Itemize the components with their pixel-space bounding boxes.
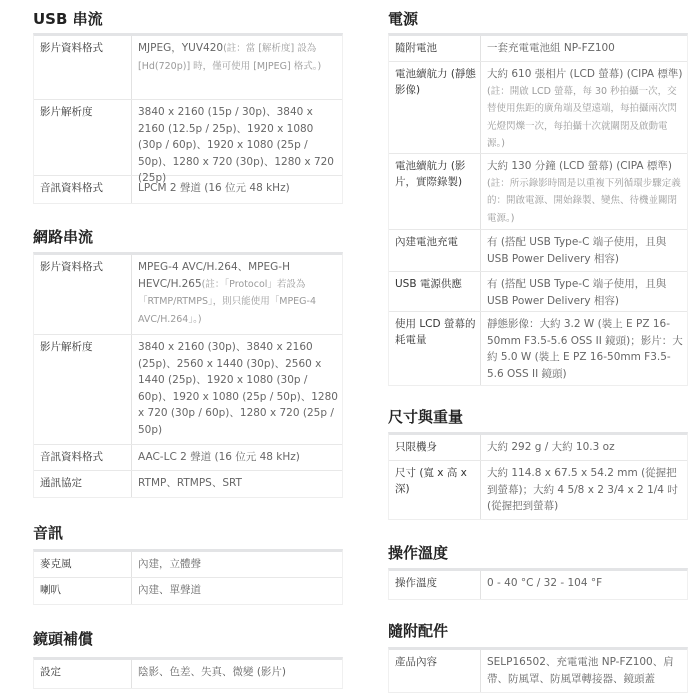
spec-value: AAC-LC 2 聲道 (16 位元 48 kHz) [132,445,342,470]
spec-label: USB 電源供應 [389,272,481,311]
spec-label: 音訊資料格式 [34,445,132,470]
note-text: (註：所示錄影時間是以重複下列循環步驟定義的：開啟電源、開始錄製、變焦、待機並關… [487,178,681,224]
spec-label: 操作溫度 [389,571,481,599]
spec-label: 產品內容 [389,650,481,692]
spec-label: 尺寸 (寬 x 高 x 深) [389,461,481,519]
spec-table-audio: 麥克風 內建，立體聲 喇叭 內建、單聲道 [33,549,343,605]
spec-value: 有 (搭配 USB Type-C 端子使用，且與 USB Power Deliv… [481,230,687,271]
spec-table-usb-streaming: 影片資料格式 MJPEG，YUV420(註：當 [解析度] 設為 [Hd(720… [33,33,343,204]
spec-table-dimensions-weight: 只限機身 大約 292 g / 大約 10.3 oz 尺寸 (寬 x 高 x 深… [388,432,688,520]
table-row: 操作溫度 0 - 40 °C / 32 - 104 °F [389,571,687,599]
spec-label: 影片解析度 [34,100,132,175]
value-text: MJPEG，YUV420 [138,42,223,54]
note-text: (註：開啟 LCD 螢幕，每 30 秒拍攝一次，交替使用焦距的廣角端及望遠端，每… [487,86,677,150]
spec-label: 影片解析度 [34,335,132,444]
spec-table-included-accessories: 產品內容 SELP16502、充電電池 NP-FZ100、肩帶、防風罩、防風罩轉… [388,647,688,693]
section-title-power: 電源 [388,8,418,29]
spec-value: 一套充電電池組 NP-FZ100 [481,36,687,61]
spec-label: 電池續航力 (影片，實際錄製) [389,154,481,229]
table-row: 產品內容 SELP16502、充電電池 NP-FZ100、肩帶、防風罩、防風罩轉… [389,650,687,692]
spec-label: 只限機身 [389,435,481,460]
table-row: 設定 陰影、色差、失真、微變 (影片) [34,660,342,688]
table-row: 通訊協定 RTMP、RTMPS、SRT [34,471,342,497]
table-row: 尺寸 (寬 x 高 x 深) 大約 114.8 x 67.5 x 54.2 mm… [389,461,687,519]
table-row: 影片解析度 3840 x 2160 (15p / 30p)、3840 x 216… [34,100,342,176]
spec-label: 內建電池充電 [389,230,481,271]
table-row: 內建電池充電 有 (搭配 USB Type-C 端子使用，且與 USB Powe… [389,230,687,272]
table-row: 使用 LCD 螢幕的耗電量 靜態影像：大約 3.2 W (裝上 E PZ 16-… [389,312,687,385]
spec-value: 大約 610 張相片 (LCD 螢幕) (CIPA 標準)(註：開啟 LCD 螢… [481,62,687,153]
spec-label: 電池續航力 (靜態影像) [389,62,481,153]
table-row: 電池續航力 (影片，實際錄製) 大約 130 分鐘 (LCD 螢幕) (CIPA… [389,154,687,230]
table-row: 音訊資料格式 AAC-LC 2 聲道 (16 位元 48 kHz) [34,445,342,471]
spec-label: 喇叭 [34,578,132,604]
spec-table-network-streaming: 影片資料格式 MPEG-4 AVC/H.264、MPEG-H HEVC/H.26… [33,252,343,498]
table-row: 影片解析度 3840 x 2160 (30p)、3840 x 2160 (25p… [34,335,342,445]
table-row: 只限機身 大約 292 g / 大約 10.3 oz [389,435,687,461]
spec-value: SELP16502、充電電池 NP-FZ100、肩帶、防風罩、防風罩轉接器、鏡頭… [481,650,687,692]
table-row: 喇叭 內建、單聲道 [34,578,342,604]
spec-value: MPEG-4 AVC/H.264、MPEG-H HEVC/H.265(註：「Pr… [132,255,342,334]
spec-value: 陰影、色差、失真、微變 (影片) [132,660,342,688]
spec-value: 3840 x 2160 (30p)、3840 x 2160 (25p)、2560… [132,335,342,444]
spec-label: 設定 [34,660,132,688]
spec-label: 影片資料格式 [34,255,132,334]
spec-value: 靜態影像：大約 3.2 W (裝上 E PZ 16-50mm F3.5-5.6 … [481,312,687,385]
spec-value: RTMP、RTMPS、SRT [132,471,342,497]
spec-value: 0 - 40 °C / 32 - 104 °F [481,571,687,599]
spec-value: 內建、單聲道 [132,578,342,604]
section-title-included-accessories: 隨附配件 [388,620,448,641]
table-row: 電池續航力 (靜態影像) 大約 610 張相片 (LCD 螢幕) (CIPA 標… [389,62,687,154]
section-title-dimensions-weight: 尺寸與重量 [388,406,463,427]
section-title-usb-streaming: USB 串流 [33,8,103,29]
section-title-audio: 音訊 [33,522,63,543]
value-text: 大約 610 張相片 (LCD 螢幕) (CIPA 標準) [487,68,683,80]
spec-value: 大約 292 g / 大約 10.3 oz [481,435,687,460]
table-row: 音訊資料格式 LPCM 2 聲道 (16 位元 48 kHz) [34,176,342,203]
value-text: 大約 130 分鐘 (LCD 螢幕) (CIPA 標準) [487,160,672,172]
spec-label: 使用 LCD 螢幕的耗電量 [389,312,481,385]
spec-value: 大約 114.8 x 67.5 x 54.2 mm (從握把到螢幕)；大約 4 … [481,461,687,519]
spec-label: 影片資料格式 [34,36,132,99]
section-title-operating-temperature: 操作溫度 [388,542,448,563]
spec-value: 大約 130 分鐘 (LCD 螢幕) (CIPA 標準)(註：所示錄影時間是以重… [481,154,687,229]
spec-value: MJPEG，YUV420(註：當 [解析度] 設為 [Hd(720p)] 時，僅… [132,36,342,99]
spec-table-lens-compensation: 設定 陰影、色差、失真、微變 (影片) [33,657,343,689]
table-row: 影片資料格式 MPEG-4 AVC/H.264、MPEG-H HEVC/H.26… [34,255,342,335]
section-title-lens-compensation: 鏡頭補償 [33,628,93,649]
spec-value: LPCM 2 聲道 (16 位元 48 kHz) [132,176,342,203]
spec-label: 音訊資料格式 [34,176,132,203]
spec-value: 有 (搭配 USB Type-C 端子使用，且與 USB Power Deliv… [481,272,687,311]
section-title-network-streaming: 網路串流 [33,226,93,247]
table-row: USB 電源供應 有 (搭配 USB Type-C 端子使用，且與 USB Po… [389,272,687,312]
spec-table-power: 隨附電池 一套充電電池組 NP-FZ100 電池續航力 (靜態影像) 大約 61… [388,33,688,386]
table-row: 隨附電池 一套充電電池組 NP-FZ100 [389,36,687,62]
spec-value: 內建，立體聲 [132,552,342,577]
spec-value: 3840 x 2160 (15p / 30p)、3840 x 2160 (12.… [132,100,342,175]
spec-table-operating-temperature: 操作溫度 0 - 40 °C / 32 - 104 °F [388,568,688,600]
spec-label: 隨附電池 [389,36,481,61]
table-row: 麥克風 內建，立體聲 [34,552,342,578]
table-row: 影片資料格式 MJPEG，YUV420(註：當 [解析度] 設為 [Hd(720… [34,36,342,100]
spec-label: 麥克風 [34,552,132,577]
spec-label: 通訊協定 [34,471,132,497]
